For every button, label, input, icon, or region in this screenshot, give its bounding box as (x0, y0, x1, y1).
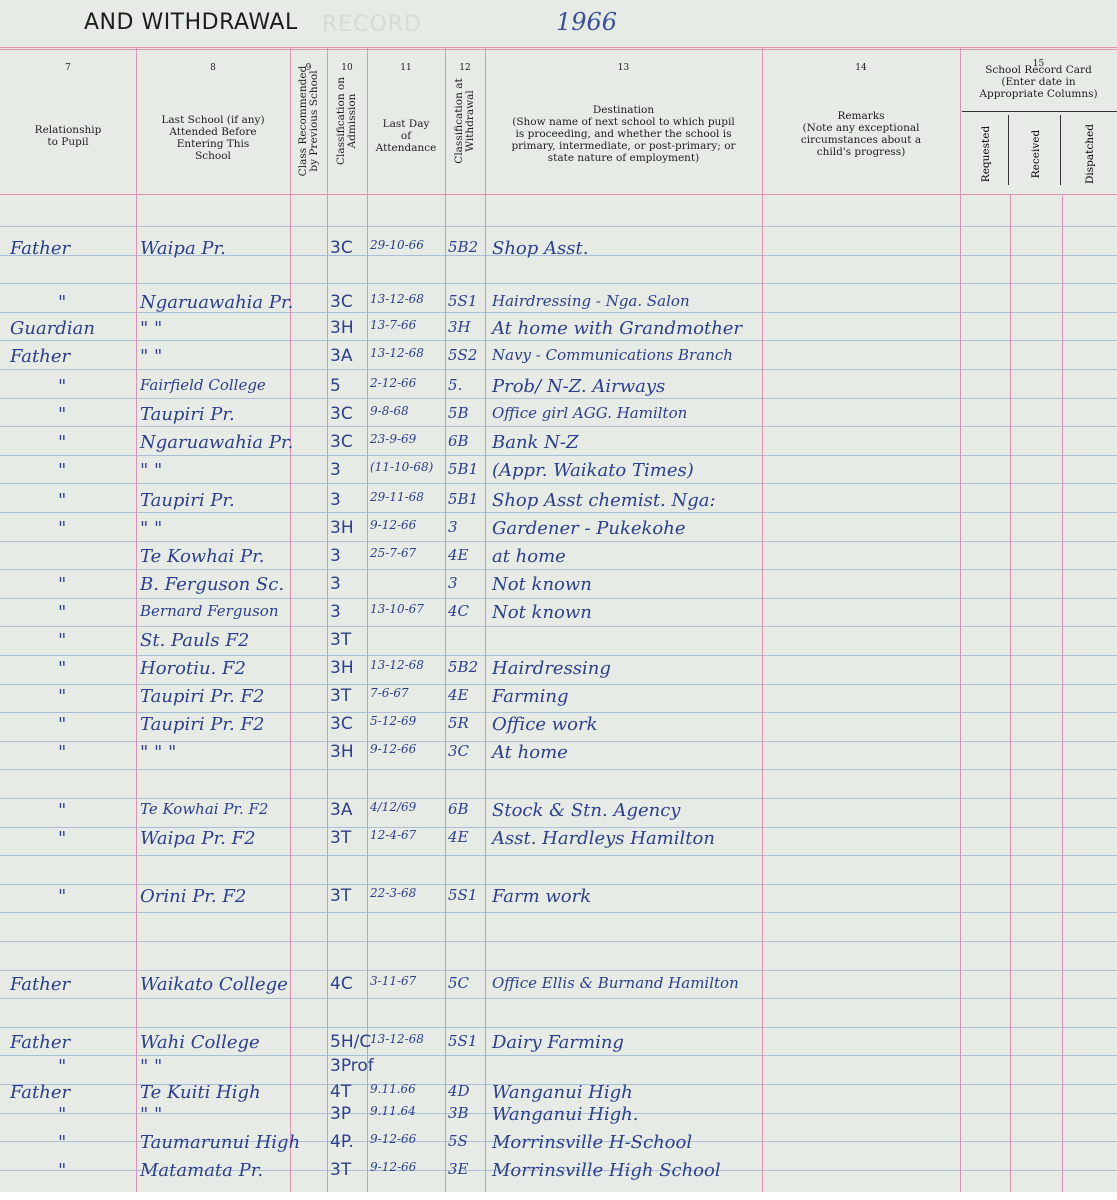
column-label: Remarks(Note any exceptionalcircumstance… (762, 110, 960, 158)
last-school-cell: Wahi College (140, 1032, 260, 1053)
class-admission-cell: 3T (330, 686, 351, 706)
relationship-cell: " (58, 376, 66, 397)
class-withdrawal-cell: 6B (448, 432, 469, 450)
destination-cell: At home (492, 742, 568, 763)
last-school-cell: " " " (140, 742, 176, 763)
last-school-cell: Waipa Pr. (140, 238, 226, 259)
class-withdrawal-cell: 5B1 (448, 460, 478, 478)
column-rule (762, 47, 763, 1192)
relationship-cell: " (58, 292, 66, 313)
class-withdrawal-cell: 3H (448, 318, 471, 336)
class-withdrawal-cell: 5S1 (448, 886, 477, 904)
class-admission-cell: 3H (330, 518, 354, 538)
column-label: School Record Card(Enter date inAppropri… (960, 64, 1117, 100)
class-withdrawal-cell: 3C (448, 742, 469, 760)
class-withdrawal-cell: 5C (448, 974, 469, 992)
last-school-cell: Ngaruawahia Pr. (140, 292, 293, 313)
destination-cell: Office Ellis & Burnand Hamilton (492, 974, 739, 992)
destination-cell: Not known (492, 574, 592, 595)
last-school-cell: Fairfield College (140, 376, 266, 394)
destination-cell: Office work (492, 714, 597, 735)
class-admission-cell: 3 (330, 546, 341, 566)
last-day-cell: 13-10-67 (370, 602, 424, 616)
destination-cell: Hairdressing (492, 658, 611, 679)
ruled-line (0, 283, 1117, 284)
class-admission-cell: 3A (330, 346, 352, 366)
class-admission-cell: 3P (330, 1104, 351, 1124)
class-withdrawal-cell: 4E (448, 828, 469, 846)
class-admission-cell: 3T (330, 886, 351, 906)
last-day-cell: 3-11-67 (370, 974, 416, 988)
class-withdrawal-cell: 5B2 (448, 658, 478, 676)
last-school-cell: " " (140, 1104, 162, 1125)
column-rule (367, 47, 368, 1192)
destination-cell: Wanganui High (492, 1082, 633, 1103)
column-rule (327, 47, 328, 1192)
handwritten-year: 1966 (556, 8, 617, 36)
last-day-cell: 13-12-68 (370, 292, 424, 306)
relationship-cell: " (58, 1104, 66, 1125)
header-bottom-rule (0, 194, 1117, 195)
relationship-cell: " (58, 518, 66, 539)
destination-cell: (Appr. Waikato Times) (492, 460, 694, 481)
relationship-cell: " (58, 404, 66, 425)
last-day-cell: 12-4-67 (370, 828, 416, 842)
ruled-line (0, 569, 1117, 570)
class-admission-cell: 4P. (330, 1132, 354, 1152)
last-day-cell: (11-10-68) (370, 460, 433, 474)
relationship-cell: " (58, 460, 66, 481)
ruled-line (0, 970, 1117, 971)
ruled-line (0, 855, 1117, 856)
destination-cell: at home (492, 546, 566, 567)
destination-cell: Hairdressing - Nga. Salon (492, 292, 690, 310)
last-school-cell: Horotiu. F2 (140, 658, 246, 679)
class-withdrawal-cell: 5S1 (448, 1032, 477, 1050)
class-admission-cell: 3C (330, 292, 353, 312)
class-withdrawal-cell: 3E (448, 1160, 469, 1178)
header-col-10: 10Classification onAdmission (327, 48, 367, 193)
column-rule (960, 47, 961, 1192)
last-school-cell: Waikato College (140, 974, 288, 995)
class-withdrawal-cell: 4D (448, 1082, 470, 1100)
class-admission-cell: 4T (330, 1082, 351, 1102)
class-admission-cell: 3C (330, 714, 353, 734)
relationship-cell: Father (10, 1082, 70, 1103)
column-rule (485, 47, 486, 1192)
ruled-line (0, 1055, 1117, 1056)
destination-cell: Dairy Farming (492, 1032, 624, 1053)
last-day-cell: 4/12/69 (370, 800, 416, 814)
relationship-cell: Guardian (10, 318, 95, 339)
destination-cell: Stock & Stn. Agency (492, 800, 680, 821)
destination-cell: Office girl AGG. Hamilton (492, 404, 687, 422)
header-col-9: 9Class Recommendedby Previous School (290, 48, 327, 193)
ruled-line (0, 598, 1117, 599)
class-admission-cell: 4C (330, 974, 353, 994)
relationship-cell: Father (10, 238, 70, 259)
header-col-7: 7Relationshipto Pupil (0, 48, 136, 193)
last-school-cell: " " (140, 346, 162, 367)
class-admission-cell: 3H (330, 658, 354, 678)
header-col-13: 13Destination(Show name of next school t… (485, 48, 762, 193)
class-admission-cell: 3H (330, 318, 354, 338)
relationship-cell: " (58, 828, 66, 849)
ruled-line (0, 512, 1117, 513)
ruled-line (0, 655, 1117, 656)
column-number: 7 (0, 62, 136, 74)
last-school-cell: Taupiri Pr. F2 (140, 714, 264, 735)
last-day-cell: 9-12-66 (370, 1160, 416, 1174)
column-label: Class Recommendedby Previous School (298, 61, 320, 181)
class-withdrawal-cell: 5. (448, 376, 462, 394)
class-admission-cell: 3C (330, 432, 353, 452)
column-rule (445, 47, 446, 1192)
subcolumn-dispatched: Dispatched (1084, 119, 1096, 189)
ruled-line (0, 426, 1117, 427)
header-col-12: 12Classification atWithdrawal (445, 48, 485, 193)
last-day-cell: 9-12-66 (370, 1132, 416, 1146)
last-day-cell: 7-6-67 (370, 686, 409, 700)
last-school-cell: Ngaruawahia Pr. (140, 432, 293, 453)
destination-cell: Farm work (492, 886, 591, 907)
class-admission-cell: 3C (330, 238, 353, 258)
last-school-cell: Bernard Ferguson (140, 602, 279, 620)
relationship-cell: " (58, 800, 66, 821)
class-admission-cell: 3C (330, 404, 353, 424)
last-day-cell: 9-12-66 (370, 518, 416, 532)
column-number: 14 (762, 62, 960, 74)
destination-cell: Gardener - Pukekohe (492, 518, 686, 539)
class-admission-cell: 5 (330, 376, 341, 396)
ruled-line (0, 340, 1117, 341)
class-withdrawal-cell: 3B (448, 1104, 469, 1122)
ruled-line (0, 455, 1117, 456)
relationship-cell: Father (10, 346, 70, 367)
last-day-cell: 2-12-66 (370, 376, 416, 390)
ruled-line (0, 769, 1117, 770)
ruled-line (0, 798, 1117, 799)
last-day-cell: 22-3-68 (370, 886, 416, 900)
class-withdrawal-cell: 5B (448, 404, 469, 422)
relationship-cell: " (58, 1056, 66, 1077)
column-number: 8 (136, 62, 290, 74)
column-label: Last DayofAttendance (367, 118, 445, 154)
ruled-line (0, 884, 1117, 885)
subcolumn-rule (1062, 194, 1063, 1192)
destination-cell: Prob/ N-Z. Airways (492, 376, 665, 397)
relationship-cell: Father (10, 974, 70, 995)
column-rule (136, 47, 137, 1192)
column-label: Last School (if any)Attended BeforeEnter… (136, 114, 290, 162)
relationship-cell: " (58, 686, 66, 707)
ruled-line (0, 1027, 1117, 1028)
last-school-cell: Taupiri Pr. F2 (140, 686, 264, 707)
relationship-cell: " (58, 1132, 66, 1153)
class-withdrawal-cell: 5S (448, 1132, 468, 1150)
header-col-11: 11Last DayofAttendance (367, 48, 445, 193)
destination-cell: Farming (492, 686, 569, 707)
class-admission-cell: 3 (330, 574, 341, 594)
column-label: Classification onAdmission (336, 61, 358, 181)
last-day-cell: 29-10-66 (370, 238, 424, 252)
subcolumn-rule (1010, 194, 1011, 1192)
ruled-line (0, 483, 1117, 484)
last-school-cell: " " (140, 318, 162, 339)
class-admission-cell: 3 (330, 602, 341, 622)
relationship-cell: " (58, 432, 66, 453)
class-withdrawal-cell: 5B2 (448, 238, 478, 256)
last-day-cell: 13-12-68 (370, 346, 424, 360)
last-school-cell: St. Pauls F2 (140, 630, 249, 651)
ruled-line (0, 398, 1117, 399)
class-withdrawal-cell: 4E (448, 546, 469, 564)
ruled-line (0, 369, 1117, 370)
last-school-cell: " " (140, 518, 162, 539)
last-day-cell: 5-12-69 (370, 714, 416, 728)
destination-cell: Morrinsville H-School (492, 1132, 692, 1153)
last-day-cell: 23-9-69 (370, 432, 416, 446)
ruled-line (0, 941, 1117, 942)
last-school-cell: " " (140, 460, 162, 481)
relationship-cell: " (58, 658, 66, 679)
class-withdrawal-cell: 3 (448, 518, 458, 536)
last-school-cell: Orini Pr. F2 (140, 886, 246, 907)
class-admission-cell: 3Prof (330, 1056, 374, 1076)
ruled-line (0, 712, 1117, 713)
last-school-cell: Taumarunui High (140, 1132, 300, 1153)
last-day-cell: 25-7-67 (370, 546, 416, 560)
destination-cell: Shop Asst chemist. Nga: (492, 490, 716, 511)
class-admission-cell: 3 (330, 460, 341, 480)
class-admission-cell: 3T (330, 1160, 351, 1180)
last-school-cell: " " (140, 1056, 162, 1077)
last-day-cell: 13-12-68 (370, 1032, 424, 1046)
last-school-cell: Te Kowhai Pr. F2 (140, 800, 268, 818)
relationship-cell: " (58, 490, 66, 511)
column-label: Relationshipto Pupil (0, 124, 136, 148)
header-col-8: 8Last School (if any)Attended BeforeEnte… (136, 48, 290, 193)
column-number: 11 (367, 62, 445, 74)
class-withdrawal-cell: 3 (448, 574, 458, 592)
last-day-cell: 9-8-68 (370, 404, 409, 418)
last-day-cell: 9.11.64 (370, 1104, 416, 1118)
subcolumn-received: Received (1030, 119, 1042, 189)
class-admission-cell: 3T (330, 630, 351, 650)
subcolumn-requested: Requested (980, 119, 992, 189)
class-withdrawal-cell: 4E (448, 686, 469, 704)
destination-cell: Wanganui High. (492, 1104, 638, 1125)
class-withdrawal-cell: 4C (448, 602, 469, 620)
ruled-line (0, 998, 1117, 999)
class-withdrawal-cell: 6B (448, 800, 469, 818)
last-school-cell: Te Kowhai Pr. (140, 546, 264, 567)
relationship-cell: " (58, 1160, 66, 1181)
destination-cell: Navy - Communications Branch (492, 346, 733, 364)
last-school-cell: Waipa Pr. F2 (140, 828, 256, 849)
class-withdrawal-cell: 5R (448, 714, 469, 732)
column-label: Classification atWithdrawal (454, 61, 476, 181)
register-page: RECORD AND WITHDRAWAL 1966 7Relationship… (0, 0, 1117, 1192)
ruled-line (0, 912, 1117, 913)
relationship-cell: " (58, 574, 66, 595)
destination-cell: Asst. Hardleys Hamilton (492, 828, 715, 849)
ruled-line (0, 684, 1117, 685)
class-admission-cell: 3A (330, 800, 352, 820)
last-school-cell: B. Ferguson Sc. (140, 574, 284, 595)
last-school-cell: Matamata Pr. (140, 1160, 263, 1181)
ruled-line (0, 626, 1117, 627)
last-day-cell: 13-12-68 (370, 658, 424, 672)
relationship-cell: " (58, 602, 66, 623)
column-number: 13 (485, 62, 762, 74)
class-admission-cell: 3H (330, 742, 354, 762)
column-rule (290, 47, 291, 1192)
ruled-line (0, 541, 1117, 542)
destination-cell: Bank N-Z (492, 432, 579, 453)
class-withdrawal-cell: 5B1 (448, 490, 478, 508)
destination-cell: Not known (492, 602, 592, 623)
header-col-14: 14Remarks(Note any exceptionalcircumstan… (762, 48, 960, 193)
relationship-cell: " (58, 742, 66, 763)
class-withdrawal-cell: 5S1 (448, 292, 477, 310)
class-withdrawal-cell: 5S2 (448, 346, 477, 364)
relationship-cell: " (58, 886, 66, 907)
last-day-cell: 9.11.66 (370, 1082, 416, 1096)
relationship-cell: " (58, 714, 66, 735)
class-admission-cell: 3T (330, 828, 351, 848)
column-label: Destination(Show name of next school to … (485, 104, 762, 164)
class-admission-cell: 5H/C (330, 1032, 371, 1052)
last-day-cell: 13-7-66 (370, 318, 416, 332)
destination-cell: At home with Grandmother (492, 318, 742, 339)
last-school-cell: Te Kuiti High (140, 1082, 261, 1103)
ruled-line (0, 226, 1117, 227)
bleed-through-text: RECORD (322, 12, 422, 37)
relationship-cell: Father (10, 1032, 70, 1053)
last-school-cell: Taupiri Pr. (140, 490, 235, 511)
page-title: AND WITHDRAWAL (84, 10, 298, 35)
destination-cell: Morrinsville High School (492, 1160, 721, 1181)
last-day-cell: 29-11-68 (370, 490, 424, 504)
relationship-cell: " (58, 630, 66, 651)
last-school-cell: Taupiri Pr. (140, 404, 235, 425)
destination-cell: Shop Asst. (492, 238, 588, 259)
last-day-cell: 9-12-66 (370, 742, 416, 756)
class-admission-cell: 3 (330, 490, 341, 510)
